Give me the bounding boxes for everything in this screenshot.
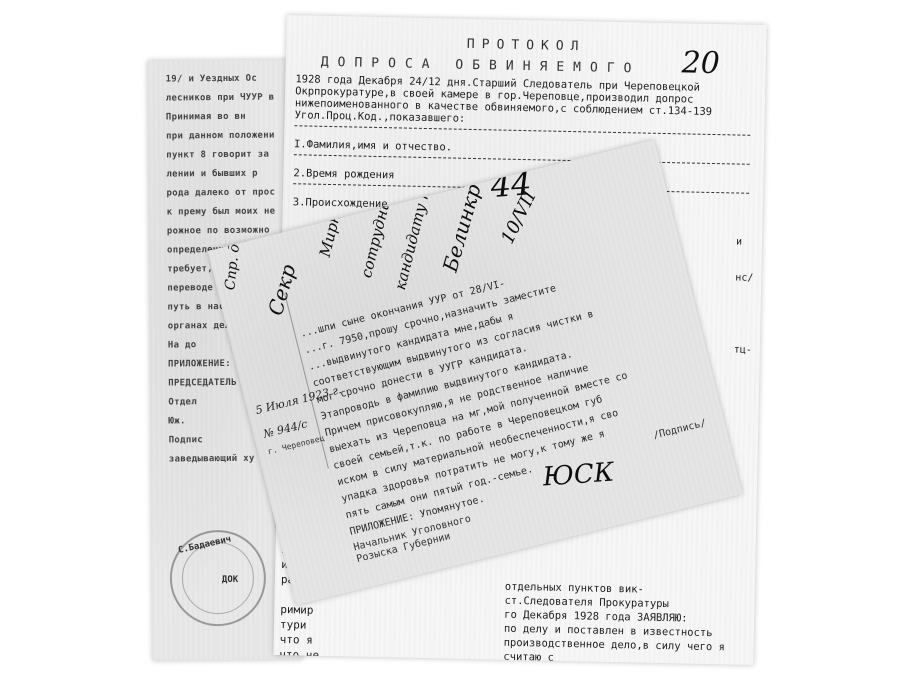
signature-label: ДОК [222,575,238,585]
handwritten-signature: Белинкр [438,181,486,274]
left-document-line: Принимая во вн [166,111,298,122]
protocol-item-name: I.Фамилия,имя и отчество. [294,138,764,160]
protocol-intro: 1928 года Декабря 24/12 дня.Старший След… [295,73,754,131]
left-document-line: рода далеко от прос [167,187,299,198]
left-document-line: 19/ и Уездных Ос [166,73,298,84]
left-document-line: лесников при ЧУУР в [166,92,298,103]
handwritten-signature: ЮСК [542,458,615,493]
handwritten-secretary-mark: Секр [263,262,300,318]
scanned-documents-collage: 19/ и Уездных Ослесников при ЧУУР вПрини… [150,20,760,665]
left-document-line: к прему был моих не [167,206,299,217]
left-document-line: лении и бывших р [166,168,298,179]
handwritten-page-number: 20 [681,45,720,81]
protocol-bottom-text: отдельных пунктов вик- ст.Следователя Пр… [503,580,745,665]
left-document-line: пункт 8 говорит за [166,149,298,160]
left-document-line: при данном положени [166,130,298,141]
right-margin-marks: и нс/ тц- [733,225,754,369]
memo-typed-text: ...шли сыне окончания УУР от 28/VI- ...г… [299,237,711,541]
